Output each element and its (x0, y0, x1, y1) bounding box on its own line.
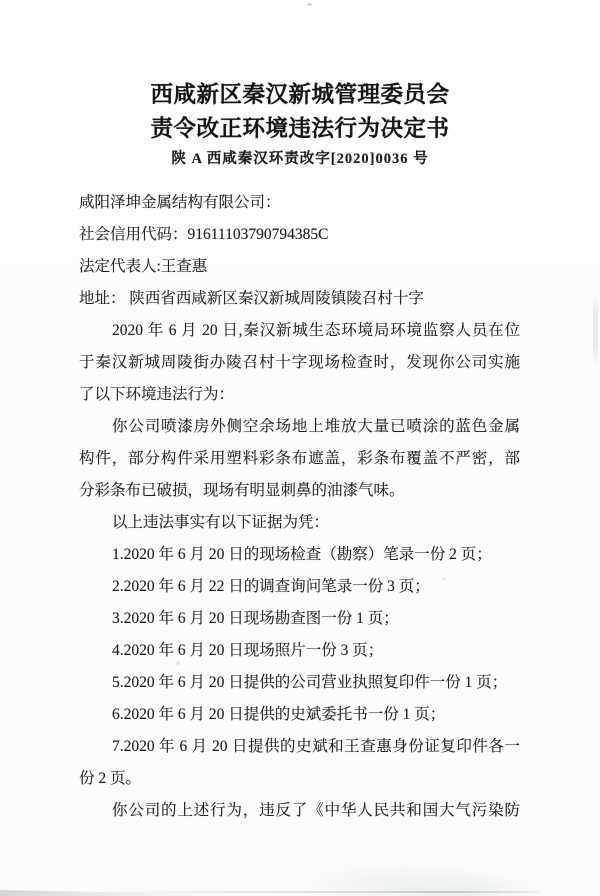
body-line: 了以下环境违法行为： (79, 379, 520, 411)
evidence-item-3: 3.2020 年 6 月 20 日现场勘查图一份 1 页； (79, 603, 520, 635)
recipient-line: 咸阳泽坤金属结构有限公司： (79, 187, 520, 219)
document-number: 陕 A 西咸秦汉环责改字[2020]0036 号 (0, 148, 600, 170)
scan-shadow-bottom-left (0, 887, 210, 896)
body-line: 你公司喷漆房外侧空余场地上堆放大量已喷涂的蓝色金属 (79, 411, 520, 443)
scan-edge-line-bottom (100, 891, 540, 893)
scan-speck-top (307, 3, 312, 6)
body-line: 构件，部分构件采用塑料彩条布遮盖，彩条布覆盖不严密，部 (79, 443, 520, 475)
body-line: 于秦汉新城周陵街办陵召村十字现场检查时，发现你公司实施 (79, 347, 520, 379)
document-title-line1: 西咸新区秦汉新城管理委员会 (0, 78, 600, 112)
evidence-intro-line: 以上违法事实有以下证据为凭： (79, 507, 520, 539)
evidence-item-4: 4.2020 年 6 月 20 日现场照片一份 3 页； (79, 635, 520, 667)
scanned-document-page: 西咸新区秦汉新城管理委员会 责令改正环境违法行为决定书 陕 A 西咸秦汉环责改字… (0, 0, 600, 896)
scan-smudge-bottom-center (295, 846, 545, 896)
evidence-item-1: 1.2020 年 6 月 20 日的现场检查（勘察）笔录一份 2 页； (79, 539, 520, 571)
document-title: 西咸新区秦汉新城管理委员会 责令改正环境违法行为决定书 (0, 78, 600, 146)
address-line: 地址： 陕西省西咸新区秦汉新城周陵镇陵召村十字 (79, 283, 520, 315)
document-body: 咸阳泽坤金属结构有限公司： 社会信用代码：91611103790794385C … (79, 187, 520, 827)
body-line: 2020 年 6 月 20 日,秦汉新城生态环境局环境监察人员在位 (79, 315, 520, 347)
violation-statement-line: 你公司的上述行为，违反了《中华人民共和国大气污染防 (79, 795, 520, 827)
legal-representative-line: 法定代表人:王查惠 (79, 251, 520, 283)
document-title-line2: 责令改正环境违法行为决定书 (0, 112, 600, 146)
evidence-item-6: 6.2020 年 6 月 20 日提供的史斌委托书一份 1 页； (79, 699, 520, 731)
evidence-item-7-cont: 份 2 页。 (79, 763, 520, 795)
evidence-item-2: 2.2020 年 6 月 22 日的调查询问笔录一份 3 页； (79, 571, 520, 603)
scan-streak-right-edge (593, 292, 598, 367)
evidence-item-7: 7.2020 年 6 月 20 日提供的史斌和王查惠身份证复印件各一 (79, 731, 520, 763)
credit-code-line: 社会信用代码：91611103790794385C (79, 219, 520, 251)
body-line: 分彩条布已破损，现场有明显刺鼻的油漆气味。 (79, 475, 520, 507)
evidence-item-5: 5.2020 年 6 月 20 日提供的公司营业执照复印件一份 1 页； (79, 667, 520, 699)
